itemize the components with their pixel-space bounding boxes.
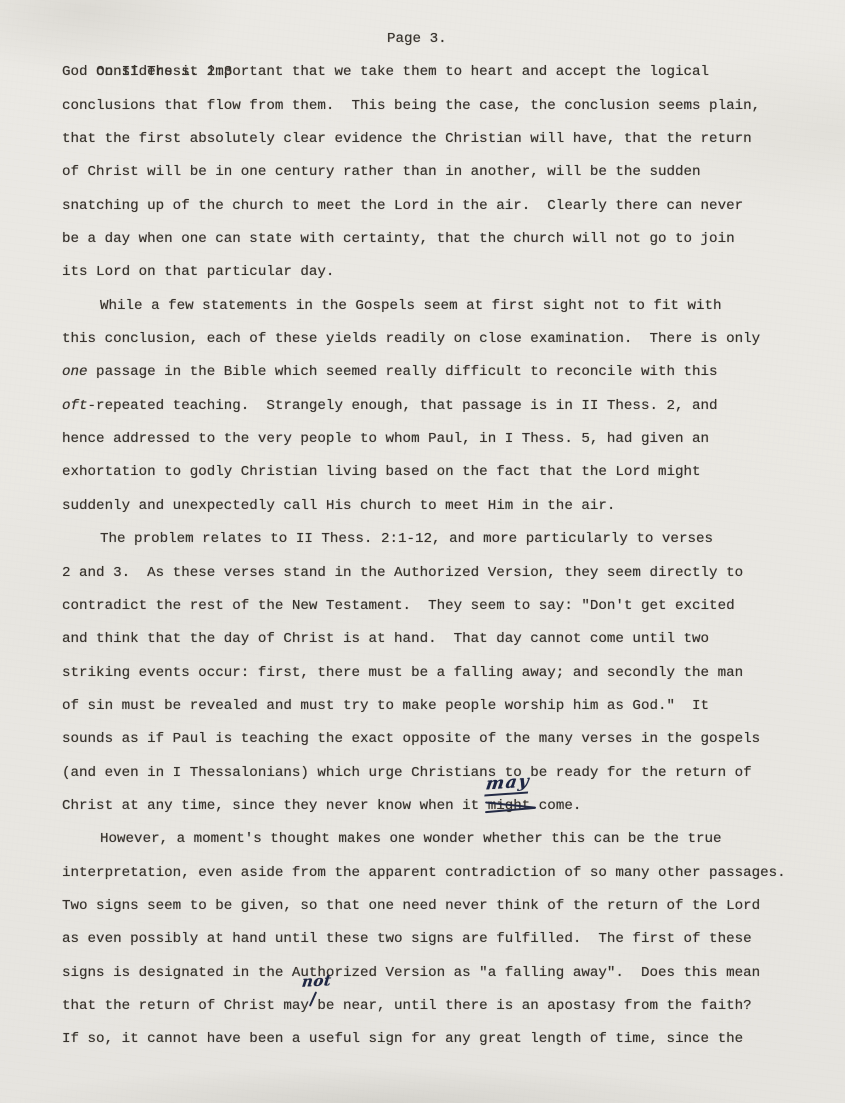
- text-segment: God considers it important that we take …: [62, 64, 709, 80]
- text-line: contradict the rest of the New Testament…: [0, 590, 845, 623]
- text-line: hence addressed to the very people to wh…: [0, 423, 845, 456]
- text-segment: signs is designated in the Authorized Ve…: [62, 965, 760, 981]
- text-segment: sounds as if Paul is teaching the exact …: [62, 731, 760, 747]
- text-line: and think that the day of Christ is at h…: [0, 623, 845, 656]
- text-line: oft-repeated teaching. Strangely enough,…: [0, 390, 845, 423]
- text-line: Two signs seem to be given, so that one …: [0, 890, 845, 923]
- text-line: that the first absolutely clear evidence…: [0, 123, 845, 156]
- text-line: If so, it cannot have been a useful sign…: [0, 1023, 845, 1056]
- text-line: that the return of Christ may notbe near…: [0, 990, 845, 1023]
- text-segment: hence addressed to the very people to wh…: [62, 431, 709, 447]
- text-line: However, a moment's thought makes one wo…: [0, 823, 845, 856]
- page-number: Page 3.: [387, 23, 447, 56]
- text-line: of Christ will be in one century rather …: [0, 156, 845, 189]
- text-line: be a day when one can state with certain…: [0, 223, 845, 256]
- text-segment: as even possibly at hand until these two…: [62, 931, 752, 947]
- typed-page: On II Thess. 2:3 Page 3. God considers i…: [0, 0, 845, 1103]
- text-segment: conclusions that flow from them. This be…: [62, 98, 760, 114]
- text-line: conclusions that flow from them. This be…: [0, 90, 845, 123]
- text-line: as even possibly at hand until these two…: [0, 923, 845, 956]
- text-line: its Lord on that particular day.: [0, 256, 845, 289]
- struck-word: mightmay: [488, 790, 531, 823]
- text-segment: this conclusion, each of these yields re…: [62, 331, 760, 347]
- text-segment: snatching up of the church to meet the L…: [62, 198, 743, 214]
- text-line: of sin must be revealed and must try to …: [0, 690, 845, 723]
- text-line: this conclusion, each of these yields re…: [0, 323, 845, 356]
- text-line: interpretation, even aside from the appa…: [0, 857, 845, 890]
- text-line: suddenly and unexpectedly call His churc…: [0, 490, 845, 523]
- text-segment: of sin must be revealed and must try to …: [62, 698, 709, 714]
- text-line: striking events occur: first, there must…: [0, 657, 845, 690]
- text-segment: interpretation, even aside from the appa…: [62, 865, 786, 881]
- text-segment: contradict the rest of the New Testament…: [62, 598, 735, 614]
- text-segment: oft: [62, 398, 88, 414]
- text-line: snatching up of the church to meet the L…: [0, 190, 845, 223]
- text-segment: The problem relates to II Thess. 2:1-12,…: [100, 531, 713, 547]
- text-segment: of Christ will be in one century rather …: [62, 164, 701, 180]
- text-segment: (and even in I Thessalonians) which urge…: [62, 765, 752, 781]
- text-line: The problem relates to II Thess. 2:1-12,…: [0, 523, 845, 556]
- text-segment: While a few statements in the Gospels se…: [100, 298, 722, 314]
- text-line: God considers it important that we take …: [0, 56, 845, 89]
- insertion-caret: not: [309, 990, 318, 1023]
- text-segment: 2 and 3. As these verses stand in the Au…: [62, 565, 743, 581]
- text-segment: However, a moment's thought makes one wo…: [100, 831, 722, 847]
- text-segment: one: [62, 364, 88, 380]
- text-segment: striking events occur: first, there must…: [62, 665, 743, 681]
- text-line: Christ at any time, since they never kno…: [0, 790, 845, 823]
- text-line: 2 and 3. As these verses stand in the Au…: [0, 557, 845, 590]
- text-segment: be a day when one can state with certain…: [62, 231, 735, 247]
- text-segment: passage in the Bible which seemed really…: [88, 364, 718, 380]
- text-segment: be near, until there is an apostasy from…: [317, 998, 751, 1014]
- text-segment: come.: [530, 798, 581, 814]
- text-line: signs is designated in the Authorized Ve…: [0, 957, 845, 990]
- text-segment: -repeated teaching. Strangely enough, th…: [88, 398, 718, 414]
- text-body: God considers it important that we take …: [0, 56, 845, 1056]
- text-line: exhortation to godly Christian living ba…: [0, 456, 845, 489]
- text-line: one passage in the Bible which seemed re…: [0, 356, 845, 389]
- text-segment: Two signs seem to be given, so that one …: [62, 898, 760, 914]
- text-segment: exhortation to godly Christian living ba…: [62, 464, 701, 480]
- text-segment: suddenly and unexpectedly call His churc…: [62, 498, 615, 514]
- text-segment: and think that the day of Christ is at h…: [62, 631, 709, 647]
- text-segment: that the return of Christ may: [62, 998, 309, 1014]
- text-line: sounds as if Paul is teaching the exact …: [0, 723, 845, 756]
- text-line: (and even in I Thessalonians) which urge…: [0, 757, 845, 790]
- text-segment: that the first absolutely clear evidence…: [62, 131, 752, 147]
- text-segment: If so, it cannot have been a useful sign…: [62, 1031, 743, 1047]
- page-header: On II Thess. 2:3 Page 3.: [0, 23, 845, 56]
- text-segment: its Lord on that particular day.: [62, 264, 334, 280]
- text-line: While a few statements in the Gospels se…: [0, 290, 845, 323]
- text-segment: Christ at any time, since they never kno…: [62, 798, 488, 814]
